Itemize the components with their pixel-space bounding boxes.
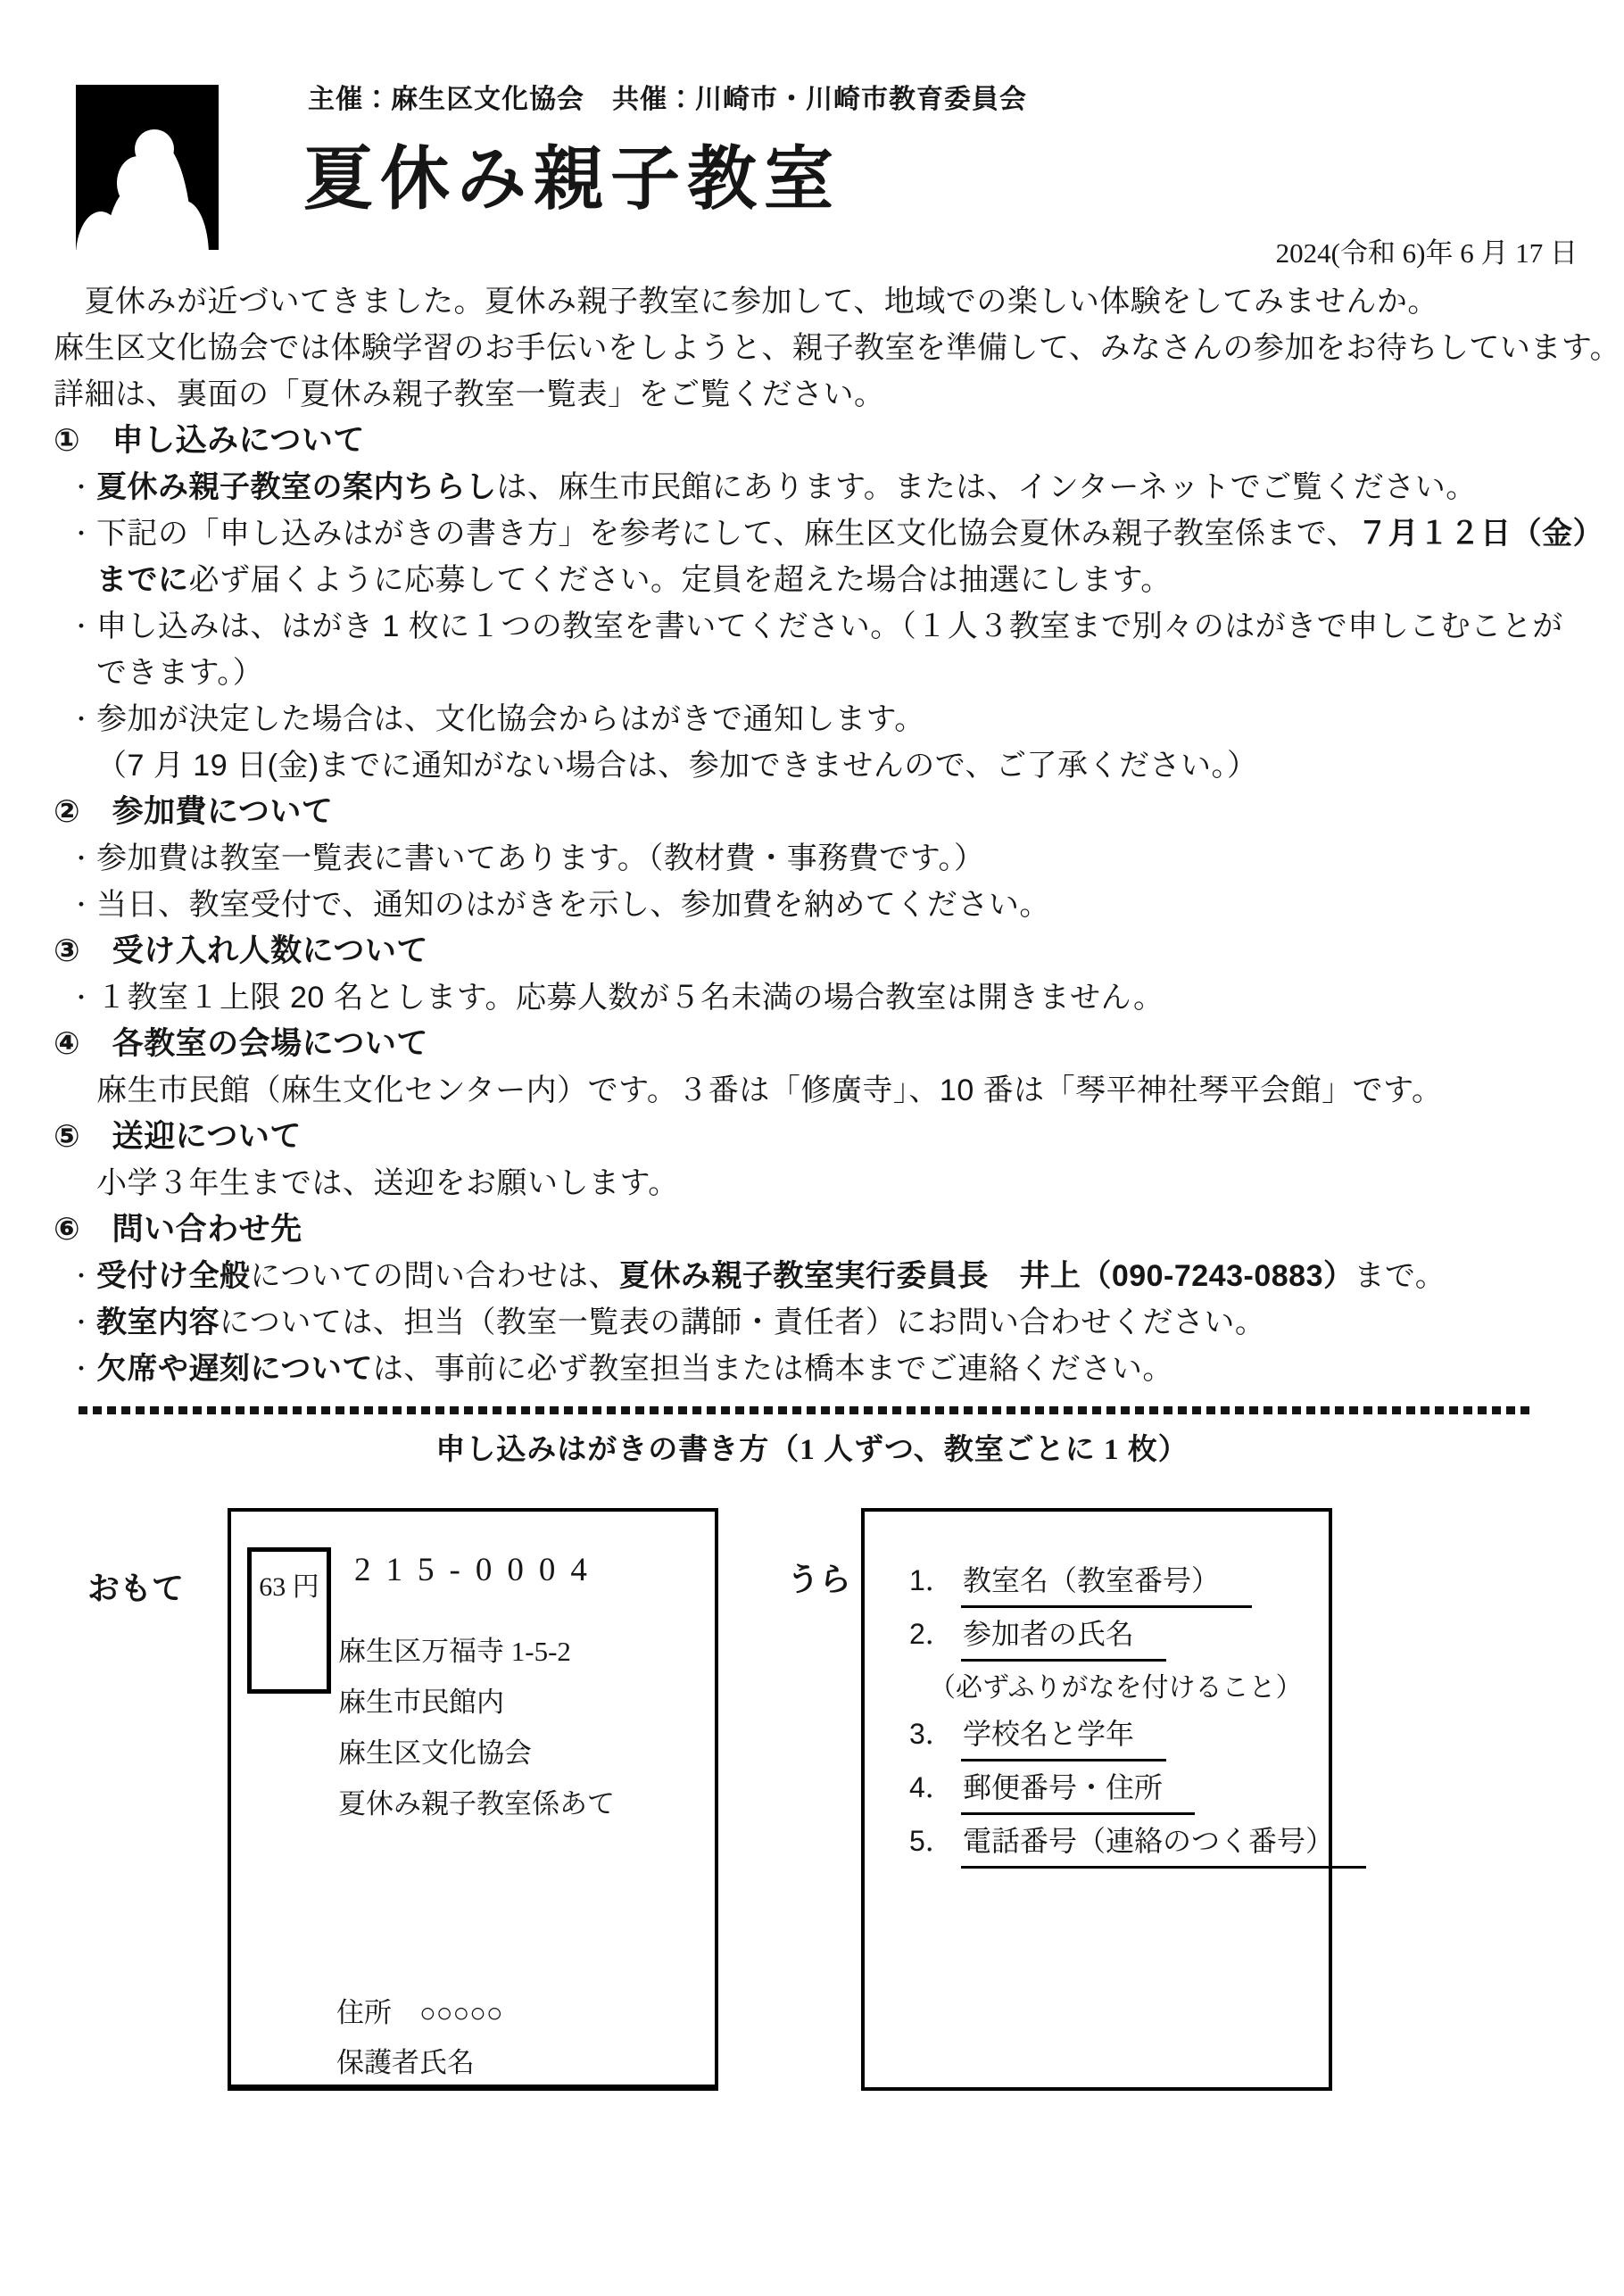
stamp-box: 63 円 xyxy=(247,1547,331,1694)
bullet-marker: ・ xyxy=(54,696,96,742)
body-line: ・教室内容については、担当（教室一覧表の講師・責任者）にお問い合わせください。 xyxy=(54,1299,1592,1346)
body-line: ・１教室１上限 20 名とします。応募人数が５名未満の場合教室は開きません。 xyxy=(54,974,1592,1021)
section-heading: ⑤ 送迎について xyxy=(54,1114,1592,1160)
body-line: ・受付け全般についての問い合わせは、夏休み親子教室実行委員長 井上（090-72… xyxy=(54,1253,1592,1299)
postcard-heading: 申し込みはがきの書き方（1 人ずつ、教室ごとに 1 枚） xyxy=(0,1426,1624,1468)
postcard-front-label: おもて xyxy=(87,1563,184,1609)
item-number: 1． xyxy=(909,1558,961,1599)
body-line: ・下記の「申し込みはがきの書き方」を参考にして、麻生区文化協会夏休み親子教室係ま… xyxy=(54,510,1592,557)
body-line: ・参加が決定した場合は、文化協会からはがきで通知します。 xyxy=(54,696,1592,742)
item-text: （必ずふりがなを付けること） xyxy=(929,1665,1303,1704)
front-owner: 住所 ○○○○○ 保護者氏名 xyxy=(336,1988,503,2088)
item-text: 学校名と学年 xyxy=(961,1712,1166,1761)
item-text: 電話番号（連絡のつく番号） xyxy=(961,1819,1366,1869)
body-line: 夏休みが近づいてきました。夏休み親子教室に参加して、地域での楽しい体験をしてみま… xyxy=(54,278,1592,325)
bullet-marker: ・ xyxy=(54,835,96,882)
document-date: 2024(令和 6)年 6 月 17 日 xyxy=(1276,230,1578,270)
bullet-marker: ・ xyxy=(54,974,96,1021)
body-line: 麻生区文化協会では体験学習のお手伝いをしようと、親子教室を準備して、みなさんの参… xyxy=(54,325,1592,371)
list-item: 1． 教室名（教室番号） xyxy=(909,1558,1311,1612)
list-item: 4． 郵便番号・住所 xyxy=(909,1765,1311,1819)
dashed-separator xyxy=(79,1406,1531,1414)
list-item: 3． 学校名と学年 xyxy=(909,1712,1311,1765)
list-item-note: （必ずふりがなを付けること） xyxy=(909,1665,1311,1712)
body-line: 小学３年生までは、送迎をお願いします。 xyxy=(54,1160,1592,1206)
item-text: 参加者の氏名 xyxy=(961,1612,1166,1662)
front-address: 麻生区万福寺 1-5-2 麻生市民館内 麻生区文化協会 夏休み親子教室係あて xyxy=(338,1626,615,1829)
section-heading: ① 申し込みについて xyxy=(54,418,1592,464)
body-line: ・参加費は教室一覧表に書いてあります。（教材費・事務費です。） xyxy=(54,835,1592,882)
postcard-back: 1． 教室名（教室番号） 2． 参加者の氏名 （必ずふりがなを付けること） 3．… xyxy=(861,1508,1332,2091)
body-lines: 夏休みが近づいてきました。夏休み親子教室に参加して、地域での楽しい体験をしてみま… xyxy=(54,278,1592,1392)
body-line: ・夏休み親子教室の案内ちらしは、麻生市民館にあります。または、インターネットでご… xyxy=(54,464,1592,510)
owner-line: 住所 ○○○○○ xyxy=(336,1988,503,2038)
address-line: 麻生区文化協会 xyxy=(338,1728,615,1778)
body-line: ・申し込みは、はがき 1 枚に１つの教室を書いてください。（１人３教室まで別々の… xyxy=(54,603,1592,650)
section-heading: ③ 受け入れ人数について xyxy=(54,928,1592,974)
item-number: 4． xyxy=(909,1765,961,1806)
list-item: 5． 電話番号（連絡のつく番号） xyxy=(909,1819,1311,1872)
owner-line: 保護者氏名 xyxy=(336,2038,503,2088)
body-line: できます。） xyxy=(54,650,1592,696)
address-line: 麻生市民館内 xyxy=(338,1677,615,1728)
bullet-marker: ・ xyxy=(54,510,96,557)
bullet-marker: ・ xyxy=(54,882,96,928)
organizer-line: 主催：麻生区文化協会 共催：川崎市・川崎市教育委員会 xyxy=(308,77,1027,116)
postcard-front: 63 円 215-0004 麻生区万福寺 1-5-2 麻生市民館内 麻生区文化協… xyxy=(228,1508,718,2091)
bullet-marker: ・ xyxy=(54,603,96,650)
stamp-price: 63 円 xyxy=(259,1572,319,1602)
item-number: 5． xyxy=(909,1819,961,1860)
item-number: 2． xyxy=(909,1612,961,1653)
body-line: ・欠席や遅刻については、事前に必ず教室担当または橋本までご連絡ください。 xyxy=(54,1346,1592,1392)
section-heading: ② 参加費について xyxy=(54,789,1592,835)
address-line: 夏休み親子教室係あて xyxy=(338,1778,615,1829)
body-line: （7 月 19 日(金)までに通知がない場合は、参加できませんので、ご了承くださ… xyxy=(54,742,1592,789)
cloud-logo-icon xyxy=(76,85,219,250)
bullet-marker: ・ xyxy=(54,1346,96,1392)
section-heading: ⑥ 問い合わせ先 xyxy=(54,1206,1592,1253)
bullet-marker: ・ xyxy=(54,1299,96,1346)
item-text: 郵便番号・住所 xyxy=(961,1765,1195,1815)
body-line: 詳細は、裏面の「夏休み親子教室一覧表」をご覧ください。 xyxy=(54,371,1592,418)
body-line: 麻生市民館（麻生文化センター内）です。３番は「修廣寺」、10 番は「琴平神社琴平… xyxy=(54,1067,1592,1114)
bullet-marker: ・ xyxy=(54,464,96,510)
document-page: 主催：麻生区文化協会 共催：川崎市・川崎市教育委員会 夏休み親子教室 2024(… xyxy=(0,0,1624,2296)
body-line: ・当日、教室受付で、通知のはがきを示し、参加費を納めてください。 xyxy=(54,882,1592,928)
postal-code: 215-0004 xyxy=(354,1551,602,1589)
item-number: 3． xyxy=(909,1712,961,1753)
page-title: 夏休み親子教室 xyxy=(303,123,841,223)
list-item: 2． 参加者の氏名 xyxy=(909,1612,1311,1665)
item-text: 教室名（教室番号） xyxy=(961,1558,1252,1608)
body-line: までに必ず届くように応募してください。定員を超えた場合は抽選にします。 xyxy=(54,557,1592,603)
section-heading: ④ 各教室の会場について xyxy=(54,1021,1592,1067)
address-line: 麻生区万福寺 1-5-2 xyxy=(338,1626,615,1677)
postcard-back-label: うら xyxy=(787,1554,851,1600)
bullet-marker: ・ xyxy=(54,1253,96,1299)
back-list: 1． 教室名（教室番号） 2． 参加者の氏名 （必ずふりがなを付けること） 3．… xyxy=(909,1558,1311,1872)
